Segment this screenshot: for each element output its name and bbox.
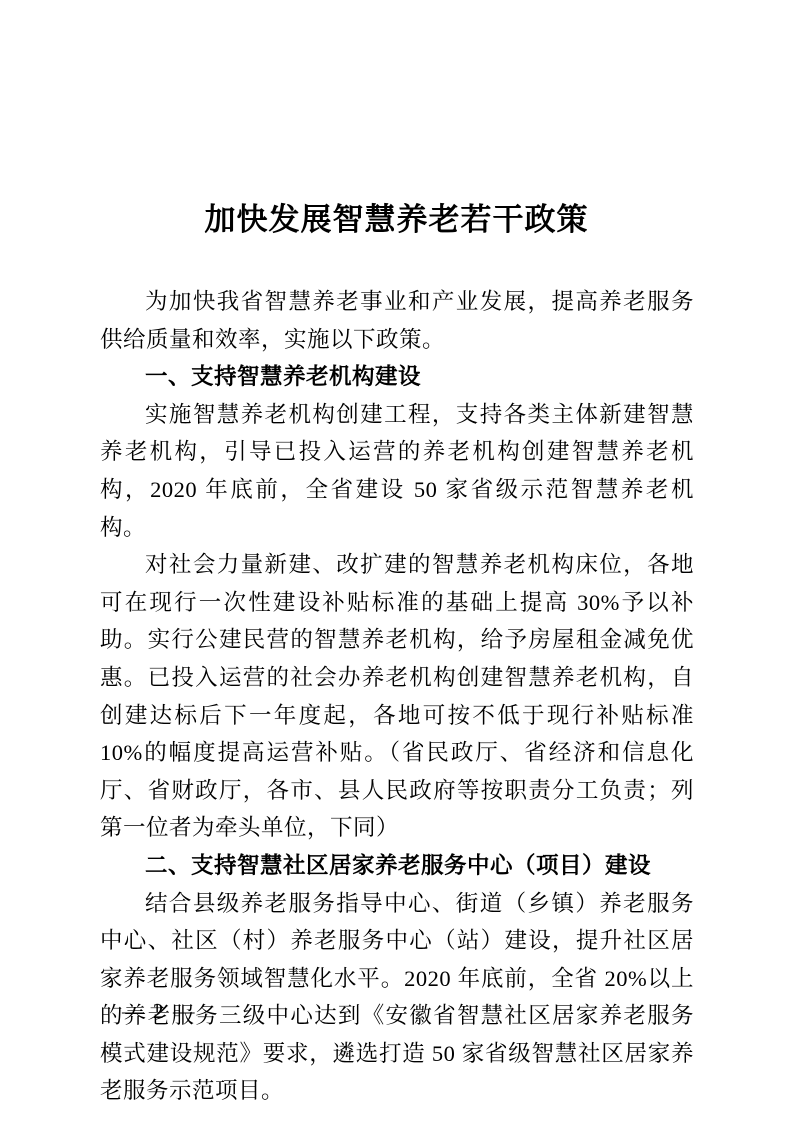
section2-paragraph-1: 结合县级养老服务指导中心、街道（乡镇）养老服务中心、社区（村）养老服务中心（站）… [100, 885, 694, 1111]
section1-paragraph-2: 对社会力量新建、改扩建的智慧养老机构床位，各地可在现行一次性建设补贴标准的基础上… [100, 546, 694, 847]
section1-paragraph-1: 实施智慧养老机构创建工程，支持各类主体新建智慧养老机构，引导已投入运营的养老机构… [100, 396, 694, 546]
document-page: 加快发展智慧养老若干政策 为加快我省智慧养老事业和产业发展，提高养老服务供给质量… [0, 0, 793, 1122]
section1-heading: 一、支持智慧养老机构建设 [100, 358, 694, 396]
page-title: 加快发展智慧养老若干政策 [0, 0, 793, 243]
page-number: — 2 — [122, 999, 197, 1024]
document-body: 为加快我省智慧养老事业和产业发展，提高养老服务供给质量和效率，实施以下政策。 一… [100, 283, 694, 1110]
intro-paragraph: 为加快我省智慧养老事业和产业发展，提高养老服务供给质量和效率，实施以下政策。 [100, 283, 694, 358]
section2-heading: 二、支持智慧社区居家养老服务中心（项目）建设 [100, 847, 694, 885]
